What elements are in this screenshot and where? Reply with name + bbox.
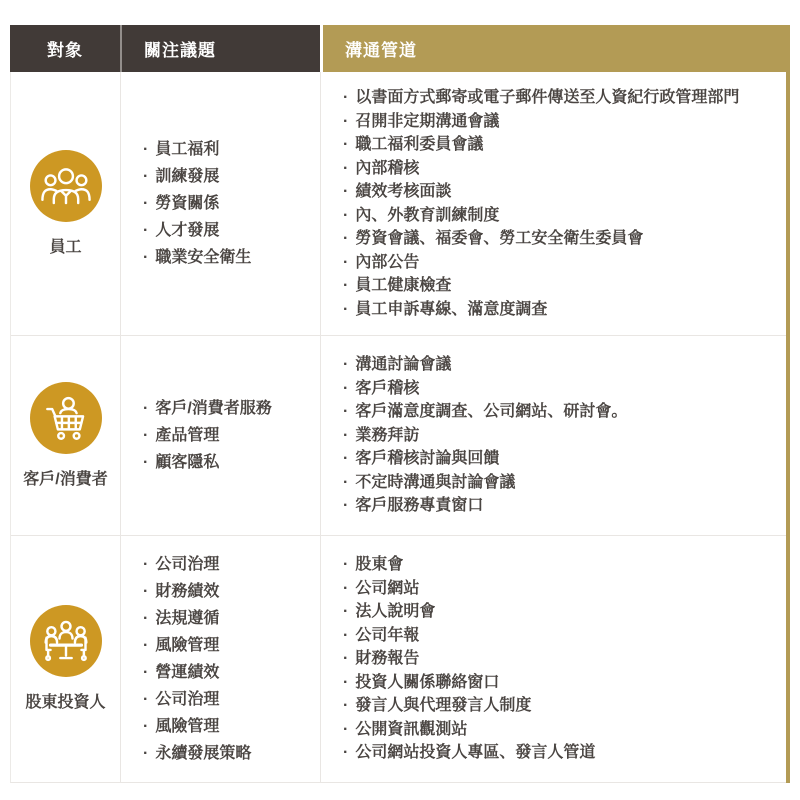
channels-cell: ·以書面方式郵寄或電子郵件傳送至人資紀行政管理部門·召開非定期溝通會議·職工福利…: [321, 72, 786, 335]
list-item: ·客戶稽核: [343, 377, 776, 401]
bullet-icon: ·: [343, 110, 348, 134]
list-item: ·公司治理: [143, 551, 312, 578]
list-item-text: 客戶/消費者服務: [155, 395, 271, 422]
bullet-icon: ·: [143, 136, 148, 163]
topics-cell: ·員工福利·訓練發展·勞資關係·人才發展·職業安全衛生: [121, 72, 321, 335]
list-item: ·溝通討論會議: [343, 353, 776, 377]
list-item: ·客戶滿意度調查、公司網站、研討會。: [343, 400, 776, 424]
bullet-icon: ·: [343, 718, 348, 742]
list-item-text: 內、外教育訓練制度: [355, 204, 499, 228]
table-row-investors: 股東投資人 ·公司治理·財務績效·法規遵循·風險管理·營運績效·公司治理·風險管…: [11, 535, 786, 782]
bullet-icon: ·: [343, 377, 348, 401]
list-item: ·發言人與代理發言人制度: [343, 694, 776, 718]
list-item: ·內、外教育訓練制度: [343, 204, 776, 228]
list-item-text: 不定時溝通與討論會議: [355, 471, 515, 495]
list-item-text: 發言人與代理發言人制度: [355, 694, 531, 718]
bullet-icon: ·: [143, 449, 148, 476]
table-row-employees: 員工 ·員工福利·訓練發展·勞資關係·人才發展·職業安全衛生 ·以書面方式郵寄或…: [11, 72, 786, 335]
list-item: ·員工福利: [143, 136, 312, 163]
list-item: ·勞資關係: [143, 190, 312, 217]
bullet-icon: ·: [343, 204, 348, 228]
target-cell: 股東投資人: [11, 536, 121, 782]
list-item: ·內部稽核: [343, 157, 776, 181]
bullet-icon: ·: [343, 86, 348, 110]
list-item-text: 客戶稽核: [355, 377, 419, 401]
bullet-icon: ·: [343, 447, 348, 471]
list-item: ·公司年報: [343, 624, 776, 648]
target-label: 客戶/消費者: [19, 470, 111, 490]
bullet-icon: ·: [343, 251, 348, 275]
bullet-icon: ·: [343, 694, 348, 718]
target-cell: 客戶/消費者: [11, 336, 121, 535]
topics-cell: ·客戶/消費者服務·產品管理·顧客隱私: [121, 336, 321, 535]
list-item-text: 員工福利: [155, 136, 219, 163]
topics-list: ·公司治理·財務績效·法規遵循·風險管理·營運績效·公司治理·風險管理·永續發展…: [143, 551, 312, 767]
bullet-icon: ·: [343, 671, 348, 695]
bullet-icon: ·: [143, 395, 148, 422]
list-item-text: 業務拜訪: [355, 424, 419, 448]
list-item: ·不定時溝通與討論會議: [343, 471, 776, 495]
list-item: ·財務績效: [143, 578, 312, 605]
list-item: ·以書面方式郵寄或電子郵件傳送至人資紀行政管理部門: [343, 86, 776, 110]
list-item: ·風險管理: [143, 713, 312, 740]
bullet-icon: ·: [343, 647, 348, 671]
list-item: ·投資人關係聯絡窗口: [343, 671, 776, 695]
list-item: ·績效考核面談: [343, 180, 776, 204]
bullet-icon: ·: [343, 400, 348, 424]
list-item: ·營運績效: [143, 659, 312, 686]
bullet-icon: ·: [343, 298, 348, 322]
list-item-text: 內部公告: [355, 251, 419, 275]
list-item-text: 法規遵循: [155, 605, 219, 632]
topics-list: ·客戶/消費者服務·產品管理·顧客隱私: [143, 395, 312, 476]
bullet-icon: ·: [143, 686, 148, 713]
bullet-icon: ·: [343, 624, 348, 648]
list-item-text: 績效考核面談: [355, 180, 451, 204]
list-item: ·財務報告: [343, 647, 776, 671]
list-item-text: 內部稽核: [355, 157, 419, 181]
list-item-text: 營運績效: [155, 659, 219, 686]
list-item: ·職工福利委員會議: [343, 133, 776, 157]
list-item: ·股東會: [343, 553, 776, 577]
topics-list: ·員工福利·訓練發展·勞資關係·人才發展·職業安全衛生: [143, 136, 312, 271]
list-item: ·訓練發展: [143, 163, 312, 190]
bullet-icon: ·: [343, 600, 348, 624]
list-item-text: 勞資會議、福委會、勞工安全衛生委員會: [355, 227, 643, 251]
table-row-customers: 客戶/消費者 ·客戶/消費者服務·產品管理·顧客隱私 ·溝通討論會議·客戶稽核·…: [11, 335, 786, 535]
investors-meeting-icon: [30, 605, 102, 677]
bullet-icon: ·: [343, 353, 348, 377]
employees-group-icon: [30, 150, 102, 222]
list-item-text: 召開非定期溝通會議: [355, 110, 499, 134]
list-item: ·業務拜訪: [343, 424, 776, 448]
list-item: ·公司網站: [343, 577, 776, 601]
list-item: ·客戶稽核討論與回饋: [343, 447, 776, 471]
bullet-icon: ·: [343, 553, 348, 577]
list-item: ·產品管理: [143, 422, 312, 449]
list-item: ·永續發展策略: [143, 740, 312, 767]
list-item-text: 法人說明會: [355, 600, 435, 624]
list-item: ·法人說明會: [343, 600, 776, 624]
list-item-text: 客戶滿意度調查、公司網站、研討會。: [355, 400, 627, 424]
header-topics: 關注議題: [120, 25, 320, 72]
bullet-icon: ·: [343, 133, 348, 157]
bullet-icon: ·: [143, 605, 148, 632]
channels-cell: ·股東會·公司網站·法人說明會·公司年報·財務報告·投資人關係聯絡窗口·發言人與…: [321, 536, 786, 782]
list-item-text: 公司治理: [155, 686, 219, 713]
list-item-text: 訓練發展: [155, 163, 219, 190]
customer-cart-icon: [30, 382, 102, 454]
bullet-icon: ·: [143, 659, 148, 686]
list-item: ·職業安全衛生: [143, 244, 312, 271]
list-item-text: 風險管理: [155, 713, 219, 740]
bullet-icon: ·: [343, 577, 348, 601]
channels-list: ·股東會·公司網站·法人說明會·公司年報·財務報告·投資人關係聯絡窗口·發言人與…: [343, 553, 776, 765]
list-item: ·勞資會議、福委會、勞工安全衛生委員會: [343, 227, 776, 251]
bullet-icon: ·: [143, 190, 148, 217]
list-item-text: 職業安全衛生: [155, 244, 251, 271]
bullet-icon: ·: [143, 422, 148, 449]
list-item-text: 公開資訊觀測站: [355, 718, 467, 742]
list-item-text: 顧客隱私: [155, 449, 219, 476]
list-item: ·內部公告: [343, 251, 776, 275]
target-label: 員工: [45, 238, 85, 258]
channels-list: ·以書面方式郵寄或電子郵件傳送至人資紀行政管理部門·召開非定期溝通會議·職工福利…: [343, 86, 776, 321]
bullet-icon: ·: [343, 274, 348, 298]
list-item-text: 客戶稽核討論與回饋: [355, 447, 499, 471]
list-item-text: 股東會: [355, 553, 403, 577]
list-item: ·公司治理: [143, 686, 312, 713]
bullet-icon: ·: [343, 157, 348, 181]
list-item-text: 員工健康檢查: [355, 274, 451, 298]
list-item-text: 投資人關係聯絡窗口: [355, 671, 499, 695]
list-item-text: 公司年報: [355, 624, 419, 648]
list-item: ·客戶服務專責窗口: [343, 494, 776, 518]
list-item: ·員工健康檢查: [343, 274, 776, 298]
table-body: 員工 ·員工福利·訓練發展·勞資關係·人才發展·職業安全衛生 ·以書面方式郵寄或…: [10, 72, 786, 783]
list-item-text: 溝通討論會議: [355, 353, 451, 377]
list-item-text: 風險管理: [155, 632, 219, 659]
bullet-icon: ·: [143, 244, 148, 271]
list-item: ·風險管理: [143, 632, 312, 659]
list-item-text: 財務績效: [155, 578, 219, 605]
bullet-icon: ·: [143, 551, 148, 578]
target-cell: 員工: [11, 72, 121, 335]
list-item: ·法規遵循: [143, 605, 312, 632]
stakeholder-communication-table: 對象 關注議題 溝通管道 員工: [10, 25, 790, 783]
bullet-icon: ·: [143, 713, 148, 740]
bullet-icon: ·: [343, 494, 348, 518]
list-item: ·公司網站投資人專區、發言人管道: [343, 741, 776, 765]
list-item-text: 客戶服務專責窗口: [355, 494, 483, 518]
bullet-icon: ·: [343, 180, 348, 204]
list-item: ·公開資訊觀測站: [343, 718, 776, 742]
list-item: ·員工申訴專線、滿意度調查: [343, 298, 776, 322]
list-item-text: 財務報告: [355, 647, 419, 671]
list-item: ·顧客隱私: [143, 449, 312, 476]
bullet-icon: ·: [343, 227, 348, 251]
target-label: 股東投資人: [21, 693, 109, 713]
channels-list: ·溝通討論會議·客戶稽核·客戶滿意度調查、公司網站、研討會。·業務拜訪·客戶稽核…: [343, 353, 776, 518]
bullet-icon: ·: [343, 741, 348, 765]
list-item-text: 產品管理: [155, 422, 219, 449]
list-item-text: 公司治理: [155, 551, 219, 578]
list-item-text: 公司網站投資人專區、發言人管道: [355, 741, 595, 765]
list-item: ·人才發展: [143, 217, 312, 244]
list-item-text: 人才發展: [155, 217, 219, 244]
channels-cell: ·溝通討論會議·客戶稽核·客戶滿意度調查、公司網站、研討會。·業務拜訪·客戶稽核…: [321, 336, 786, 535]
bullet-icon: ·: [343, 471, 348, 495]
list-item-text: 職工福利委員會議: [355, 133, 483, 157]
table-header-row: 對象 關注議題 溝通管道: [10, 25, 786, 72]
bullet-icon: ·: [143, 578, 148, 605]
bullet-icon: ·: [143, 632, 148, 659]
list-item-text: 公司網站: [355, 577, 419, 601]
bullet-icon: ·: [143, 740, 148, 767]
topics-cell: ·公司治理·財務績效·法規遵循·風險管理·營運績效·公司治理·風險管理·永續發展…: [121, 536, 321, 782]
list-item-text: 永續發展策略: [155, 740, 251, 767]
list-item-text: 以書面方式郵寄或電子郵件傳送至人資紀行政管理部門: [355, 86, 739, 110]
list-item: ·召開非定期溝通會議: [343, 110, 776, 134]
bullet-icon: ·: [343, 424, 348, 448]
list-item-text: 勞資關係: [155, 190, 219, 217]
header-target: 對象: [10, 25, 120, 72]
bullet-icon: ·: [143, 163, 148, 190]
list-item-text: 員工申訴專線、滿意度調查: [355, 298, 547, 322]
list-item: ·客戶/消費者服務: [143, 395, 312, 422]
header-channels: 溝通管道: [323, 25, 786, 72]
bullet-icon: ·: [143, 217, 148, 244]
